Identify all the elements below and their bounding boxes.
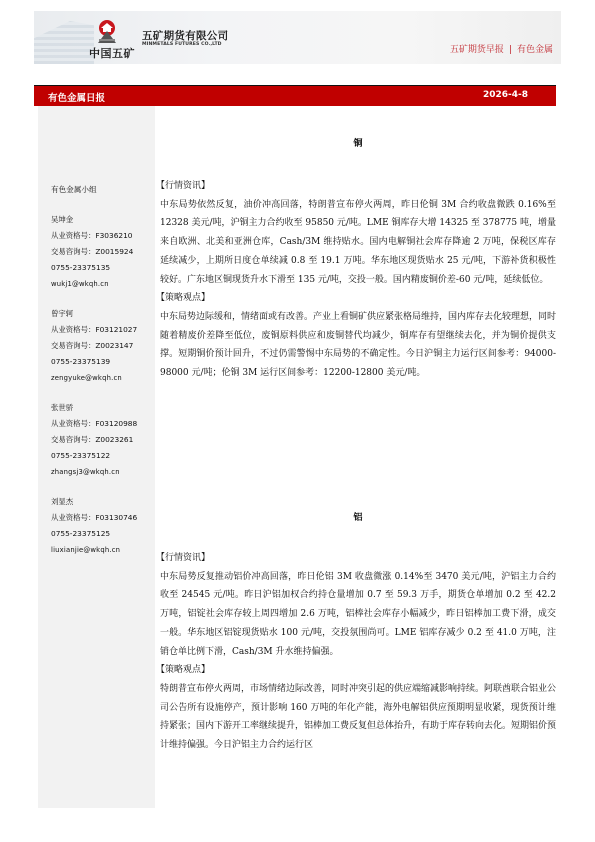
header-banner: 中国五矿 五矿期货有限公司 MINMETALS FUTURES CO.,LTD … bbox=[34, 11, 561, 64]
strategy-text: 中东局势边际缓和，情绪面或有改善。产业上看铜矿供应紧张格局维持，国内库存去化较理… bbox=[160, 308, 556, 383]
company-name-cn: 五矿期货有限公司 bbox=[142, 28, 228, 43]
copper-section: 【行情资讯】 中东局势依然反复，油价冲高回落，特朗普宣布停火两周，昨日伦铜 3M… bbox=[160, 177, 556, 383]
separator: | bbox=[509, 45, 512, 55]
market-heading: 【行情资讯】 bbox=[156, 549, 556, 568]
analyst-email[interactable]: wukj1@wkqh.cn bbox=[51, 276, 133, 292]
strategy-text: 特朗普宣布停火两周，市场情绪边际改善，同时冲突引起的供应端缩减影响持续。阿联酋联… bbox=[160, 680, 556, 755]
analyst-name: 曾宇轲 bbox=[51, 306, 137, 322]
strategy-heading: 【策略观点】 bbox=[156, 289, 556, 308]
category-label: 有色金属 bbox=[517, 45, 553, 55]
analyst-phone: 0755-23375139 bbox=[51, 354, 137, 370]
analyst-email[interactable]: liuxianjie@wkqh.cn bbox=[51, 542, 137, 558]
report-title: 有色金属日报 bbox=[48, 90, 105, 104]
analyst-qualification: 从业资格号：F03120988 bbox=[51, 416, 137, 432]
analyst-phone: 0755-23375125 bbox=[51, 526, 137, 542]
analyst-card: 吴坤金 从业资格号：F3036210 交易咨询号：Z0015924 0755-2… bbox=[51, 212, 133, 292]
section-title-copper: 铜 bbox=[160, 136, 556, 149]
title-bar: 有色金属日报 2026-4-8 bbox=[34, 85, 556, 106]
logo-text: 中国五矿 bbox=[89, 45, 135, 61]
minmetals-emblem-icon bbox=[96, 19, 118, 43]
analyst-email[interactable]: zhangsj3@wkqh.cn bbox=[51, 464, 137, 480]
company-name-en: MINMETALS FUTURES CO.,LTD bbox=[142, 42, 222, 47]
analyst-phone: 0755-23375135 bbox=[51, 260, 133, 276]
strategy-heading: 【策略观点】 bbox=[156, 661, 556, 680]
analyst-phone: 0755-23375122 bbox=[51, 448, 137, 464]
analyst-card: 张世骄 从业资格号：F03120988 交易咨询号：Z0023261 0755-… bbox=[51, 400, 137, 480]
group-name: 有色金属小组 bbox=[51, 184, 97, 195]
analyst-email[interactable]: zengyuke@wkqh.cn bbox=[51, 370, 137, 386]
report-series: 五矿期货早报 bbox=[450, 45, 504, 55]
market-text: 中东局势依然反复，油价冲高回落，特朗普宣布停火两周，昨日伦铜 3M 合约收盘微跌… bbox=[160, 196, 556, 290]
analyst-qualification: 从业资格号：F03121027 bbox=[51, 322, 137, 338]
section-title-aluminum: 铝 bbox=[160, 510, 556, 523]
building-image bbox=[34, 21, 94, 64]
market-heading: 【行情资讯】 bbox=[156, 177, 556, 196]
analyst-consult: 交易咨询号：Z0023147 bbox=[51, 338, 137, 354]
analyst-name: 刘显杰 bbox=[51, 494, 137, 510]
analyst-consult: 交易咨询号：Z0015924 bbox=[51, 244, 133, 260]
analyst-consult: 交易咨询号：Z0023261 bbox=[51, 432, 137, 448]
market-text: 中东局势反复推动铝价冲高回落，昨日伦铝 3M 收盘微涨 0.14%至 3470 … bbox=[160, 568, 556, 662]
analyst-name: 张世骄 bbox=[51, 400, 137, 416]
analyst-sidebar: 有色金属小组 吴坤金 从业资格号：F3036210 交易咨询号：Z0015924… bbox=[38, 106, 155, 808]
analyst-card: 刘显杰 从业资格号：F03130746 0755-23375125 liuxia… bbox=[51, 494, 137, 558]
report-date: 2026-4-8 bbox=[483, 90, 528, 100]
analyst-card: 曾宇轲 从业资格号：F03121027 交易咨询号：Z0023147 0755-… bbox=[51, 306, 137, 386]
analyst-qualification: 从业资格号：F3036210 bbox=[51, 228, 133, 244]
aluminum-section: 【行情资讯】 中东局势反复推动铝价冲高回落，昨日伦铝 3M 收盘微涨 0.14%… bbox=[160, 549, 556, 755]
analyst-qualification: 从业资格号：F03130746 bbox=[51, 510, 137, 526]
report-series-label: 五矿期货早报|有色金属 bbox=[450, 42, 553, 55]
analyst-name: 吴坤金 bbox=[51, 212, 133, 228]
